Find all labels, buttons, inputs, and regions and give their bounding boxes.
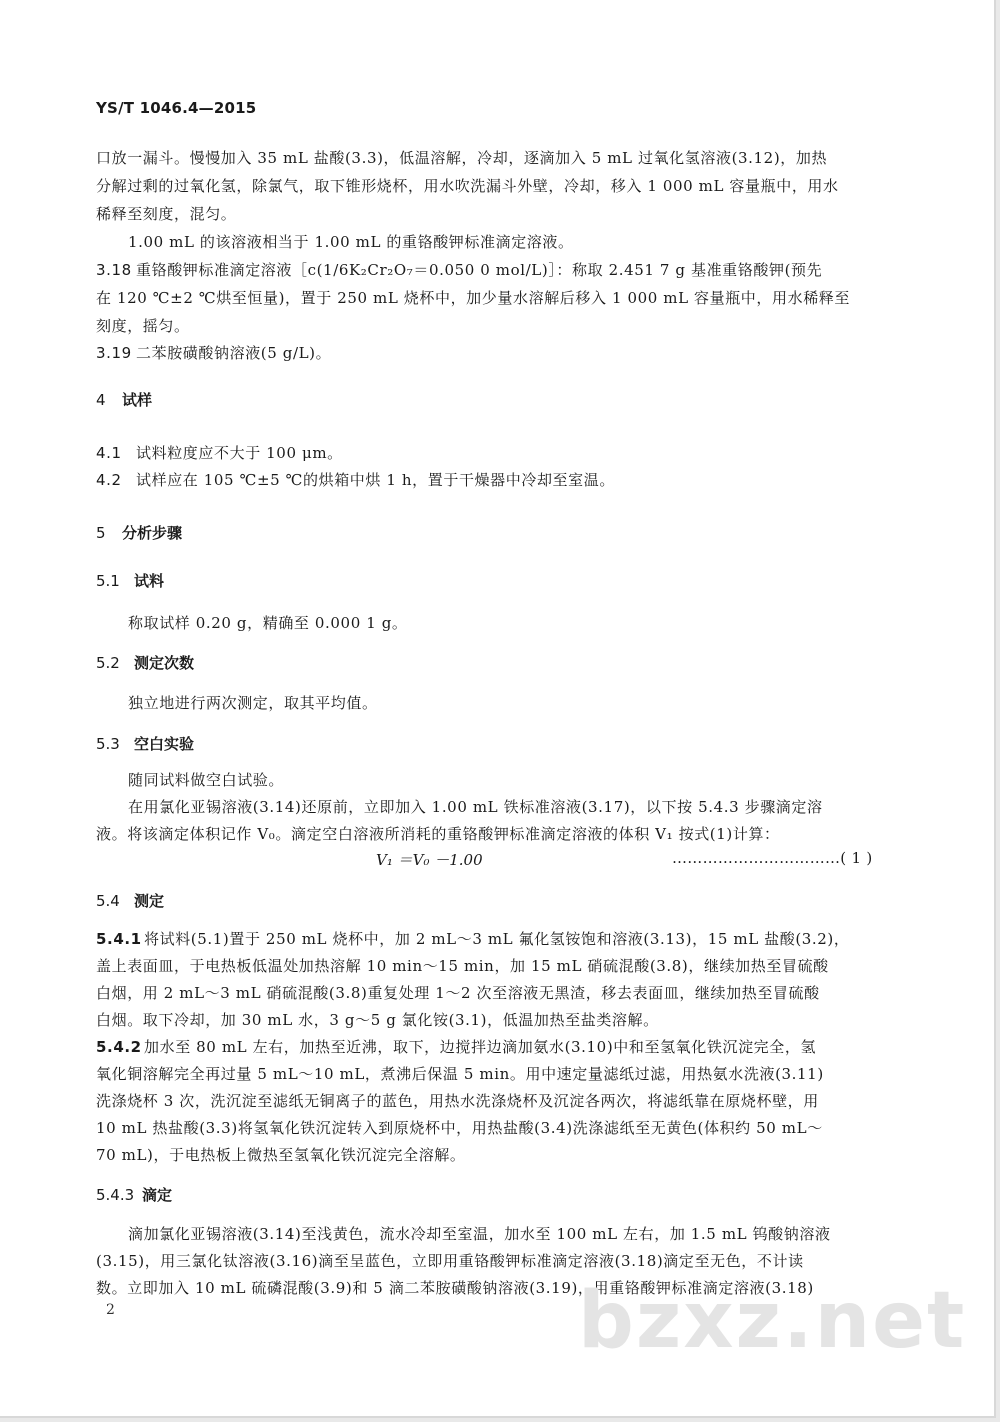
subsection-heading-5-2: 5.2测定次数 [96, 653, 194, 673]
subsection-number: 5.3 [96, 734, 134, 754]
section-number: 5 [96, 523, 122, 543]
clause-3-19: 3.19二苯胺磺酸钠溶液(5 g/L)。 [96, 343, 896, 363]
clause-text: 将试料(5.1)置于 250 mL 烧杯中，加 2 mL～3 mL 氟化氢铵饱和… [144, 930, 849, 948]
paragraph-line: 稀释至刻度，混匀。 [96, 204, 896, 224]
section-title: 分析步骤 [122, 524, 182, 542]
clause-4-2: 4.2试样应在 105 ℃±5 ℃的烘箱中烘 1 h，置于干燥器中冷却至室温。 [96, 470, 896, 490]
clause-number: 4.2 [96, 470, 136, 490]
formula-number: ……………………………( 1 ) [672, 849, 873, 867]
subsection-heading-5-1: 5.1试料 [96, 571, 164, 591]
section-title: 试样 [122, 391, 152, 409]
clause-number: 3.18 [96, 260, 136, 280]
clause-text: 二苯胺磺酸钠溶液(5 g/L)。 [136, 344, 331, 362]
paragraph-line: 独立地进行两次测定，取其平均值。 [128, 693, 928, 713]
subsection-number: 5.4 [96, 891, 134, 911]
equivalence-note: 1.00 mL 的该溶液相当于 1.00 mL 的重铬酸钾标准滴定溶液。 [128, 232, 928, 252]
paragraph-line: 随同试料做空白试验。 [128, 770, 928, 790]
paragraph-line: 洗涤烧杯 3 次，洗沉淀至滤纸无铜离子的蓝色，用热水洗涤烧杯及沉淀各两次，将滤纸… [96, 1091, 896, 1111]
clause-5-4-2: 5.4.2加水至 80 mL 左右，加热至近沸，取下，边搅拌边滴加氨水(3.10… [96, 1037, 896, 1057]
clause-text: 加水至 80 mL 左右，加热至近沸，取下，边搅拌边滴加氨水(3.10)中和至氢… [144, 1038, 816, 1056]
page-number: 2 [106, 1302, 115, 1318]
section-heading-5: 5分析步骤 [96, 523, 182, 543]
paragraph-line: 在用氯化亚锡溶液(3.14)还原前，立即加入 1.00 mL 铁标准溶液(3.1… [128, 797, 928, 817]
subsection-title: 空白实验 [134, 735, 194, 753]
paragraph-line: 氧化铜溶解完全再过量 5 mL～10 mL，煮沸后保温 5 min。用中速定量滤… [96, 1064, 896, 1084]
paragraph-line: 在 120 ℃±2 ℃烘至恒量)，置于 250 mL 烧杯中，加少量水溶解后移入… [96, 288, 896, 308]
paragraph-line: 10 mL 热盐酸(3.3)将氢氧化铁沉淀转入到原烧杯中，用热盐酸(3.4)洗涤… [96, 1118, 896, 1138]
paragraph-line: 滴加氯化亚锡溶液(3.14)至浅黄色，流水冷却至室温，加水至 100 mL 左右… [128, 1224, 928, 1244]
clause-number: 5.4.3 [96, 1185, 142, 1205]
paragraph-line: (3.15)，用三氯化钛溶液(3.16)滴至呈蓝色，立即用重铬酸钾标准滴定溶液(… [96, 1251, 896, 1271]
standard-number-header: YS/T 1046.4—2015 [96, 99, 256, 117]
clause-4-1: 4.1试料粒度应不大于 100 μm。 [96, 443, 896, 463]
subsection-heading-5-3: 5.3空白实验 [96, 734, 194, 754]
clause-3-18: 3.18重铬酸钾标准滴定溶液［c(1/6K₂Cr₂O₇＝0.050 0 mol/… [96, 260, 896, 280]
clause-number: 3.19 [96, 343, 136, 363]
clause-text: 试样应在 105 ℃±5 ℃的烘箱中烘 1 h，置于干燥器中冷却至室温。 [136, 471, 615, 489]
subsection-heading-5-4: 5.4测定 [96, 891, 164, 911]
paragraph-line: 液。将该滴定体积记作 V₀。滴定空白溶液所消耗的重铬酸钾标准滴定溶液的体积 V₁… [96, 824, 896, 844]
clause-text: 重铬酸钾标准滴定溶液［c(1/6K₂Cr₂O₇＝0.050 0 mol/L)］：… [136, 261, 822, 279]
subsection-title: 试料 [134, 572, 164, 590]
clause-heading-5-4-3: 5.4.3滴定 [96, 1185, 172, 1205]
paragraph-line: 盖上表面皿，于电热板低温处加热溶解 10 min～15 min，加 15 mL … [96, 956, 896, 976]
paragraph-line: 口放一漏斗。慢慢加入 35 mL 盐酸(3.3)，低温溶解，冷却，逐滴加入 5 … [96, 148, 896, 168]
subsection-number: 5.1 [96, 571, 134, 591]
clause-text: 试料粒度应不大于 100 μm。 [136, 444, 343, 462]
paragraph-line: 白烟。取下冷却，加 30 mL 水，3 g～5 g 氯化铵(3.1)，低温加热至… [96, 1010, 896, 1030]
subsection-number: 5.2 [96, 653, 134, 673]
paragraph-line: 70 mL)，于电热板上微热至氢氧化铁沉淀完全溶解。 [96, 1145, 896, 1165]
paragraph-line: 刻度，摇匀。 [96, 316, 896, 336]
paragraph-line: 白烟，用 2 mL～3 mL 硝硫混酸(3.8)重复处理 1～2 次至溶液无黑渣… [96, 983, 896, 1003]
subsection-title: 测定次数 [134, 654, 194, 672]
subsection-title: 测定 [134, 892, 164, 910]
formula-1: V₁ ＝V₀ －1.00 [376, 849, 483, 870]
paragraph-line: 分解过剩的过氧化氢，除氯气，取下锥形烧杯，用水吹洗漏斗外壁，冷却，移入 1 00… [96, 176, 896, 196]
section-heading-4: 4试样 [96, 390, 152, 410]
clause-5-4-1: 5.4.1将试料(5.1)置于 250 mL 烧杯中，加 2 mL～3 mL 氟… [96, 929, 896, 949]
clause-title: 滴定 [142, 1186, 172, 1204]
clause-number: 5.4.2 [96, 1037, 144, 1057]
paragraph-line: 称取试样 0.20 g，精确至 0.000 1 g。 [128, 613, 928, 633]
clause-number: 5.4.1 [96, 929, 144, 949]
watermark: bzxz.net [578, 1282, 966, 1360]
document-page: YS/T 1046.4—2015 口放一漏斗。慢慢加入 35 mL 盐酸(3.3… [0, 0, 996, 1418]
clause-number: 4.1 [96, 443, 136, 463]
section-number: 4 [96, 390, 122, 410]
